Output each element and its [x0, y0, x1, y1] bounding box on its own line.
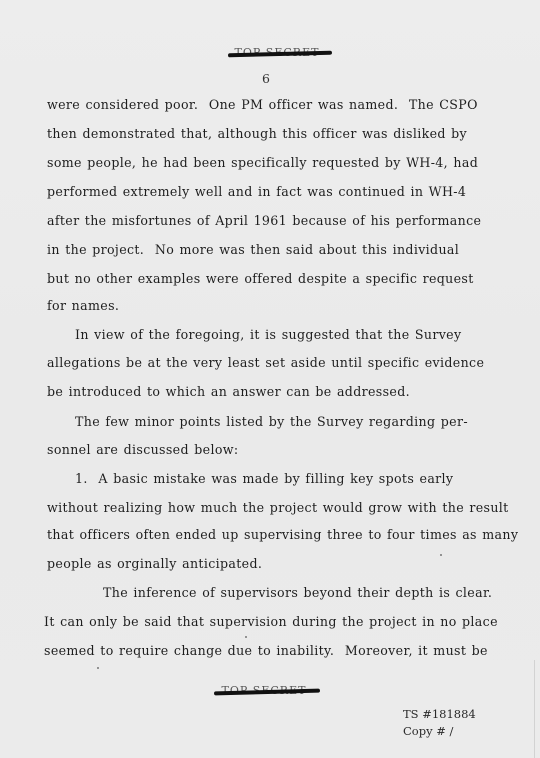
top-classification-marking: TOP SECRET [232, 46, 322, 59]
text-line: some people, he had been specifically re… [47, 155, 478, 171]
copy-number: Copy # / [403, 724, 453, 738]
paragraph-start-line: In view of the foregoing, it is suggeste… [75, 327, 461, 343]
text-line: after the misfortunes of April 1961 beca… [47, 213, 481, 229]
text-line: for names. [47, 298, 119, 314]
text-line: seemed to require change due to inabilit… [44, 643, 488, 659]
document-page: TOP SECRET 6 were considered poor. One P… [0, 0, 540, 758]
scan-speck [97, 667, 99, 669]
paragraph-start-line: The inference of supervisors beyond thei… [103, 585, 492, 601]
page-number: 6 [256, 71, 276, 86]
text-line: without realizing how much the project w… [47, 500, 509, 516]
bottom-classification-marking: TOP SECRET [218, 684, 310, 697]
text-line: but no other examples were offered despi… [47, 271, 474, 287]
page-edge-line [534, 660, 535, 758]
paragraph-start-line: The few minor points listed by the Surve… [75, 414, 468, 430]
text-line: people as orginally anticipated. [47, 556, 262, 572]
scan-speck [245, 636, 247, 638]
text-line: allegations be at the very least set asi… [47, 355, 484, 371]
text-line: then demonstrated that, although this of… [47, 126, 467, 142]
text-line: It can only be said that supervision dur… [44, 614, 498, 630]
scan-speck [440, 554, 442, 556]
text-line: that officers often ended up supervising… [47, 527, 518, 543]
text-line: performed extremely well and in fact was… [47, 184, 466, 200]
text-line: were considered poor. One PM officer was… [47, 97, 478, 113]
text-line: sonnel are discussed below: [47, 442, 239, 458]
text-line: in the project. No more was then said ab… [47, 242, 459, 258]
text-line: be introduced to which an answer can be … [47, 384, 410, 400]
numbered-item-line: 1. A basic mistake was made by filling k… [75, 471, 453, 487]
ts-control-number: TS #181884 [403, 707, 476, 721]
